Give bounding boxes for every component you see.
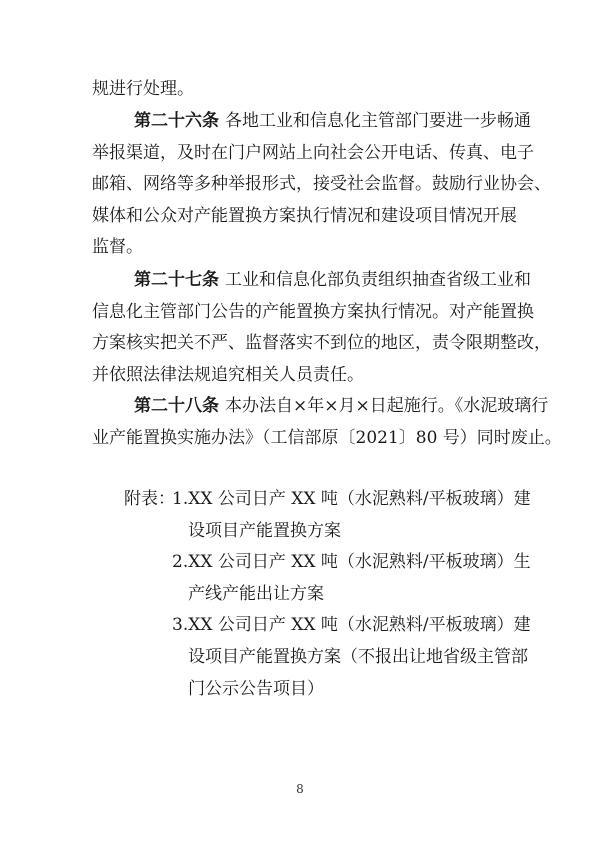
article-28-first-line: 第二十八条本办法自×年×月×日起施行。《水泥玻璃行 [134, 395, 508, 417]
appendix-item-3-line: 3.XX 公司日产 XX 吨（水泥熟料/平板玻璃）建 [172, 614, 508, 636]
document-page: 规进行处理。 第二十六条各地工业和信息化主管部门要进一步畅通 举报渠道，及时在门… [0, 0, 600, 848]
appendix-item-2-line: 2.XX 公司日产 XX 吨（水泥熟料/平板玻璃）生 [172, 551, 508, 573]
article-28-line: 业产能置换实施办法》（工信部原〔2021〕80 号）同时废止。 [92, 427, 508, 449]
article-27-line: 信息化主管部门公告的产能置换方案执行情况。对产能置换 [92, 301, 508, 323]
article-26-first-line: 第二十六条各地工业和信息化主管部门要进一步畅通 [134, 110, 508, 132]
page-number: 8 [0, 782, 600, 796]
appendix-item-1-line: 1.XX 公司日产 XX 吨（水泥熟料/平板玻璃）建 [172, 488, 508, 510]
article-27-label: 第二十七条 [134, 270, 219, 290]
article-26-line: 监督。 [92, 236, 508, 258]
article-27-line: 方案核实把关不严、监督落实不到位的地区，责令限期整改， [92, 332, 508, 354]
article-26-line: 邮箱、网络等多种举报形式，接受社会监督。鼓励行业协会、 [92, 173, 508, 195]
article-26-line: 举报渠道，及时在门户网站上向社会公开电话、传真、电子 [92, 142, 508, 164]
appendix-item-3-line: 设项目产能置换方案（不报出让地省级主管部 [188, 646, 508, 668]
article-28-text: 本办法自×年×月×日起施行。《水泥玻璃行 [225, 396, 548, 416]
article-26-line: 媒体和公众对产能置换方案执行情况和建设项目情况开展 [92, 205, 508, 227]
article-28-label: 第二十八条 [134, 396, 219, 416]
appendix-item-3-line: 门公示公告项目） [188, 678, 324, 700]
appendix-item-1-line: 设项目产能置换方案 [188, 520, 341, 542]
article-26-text: 各地工业和信息化主管部门要进一步畅通 [225, 111, 531, 131]
article-27-first-line: 第二十七条工业和信息化部负责组织抽查省级工业和 [134, 269, 508, 291]
continuation-text: 规进行处理。 [92, 78, 508, 100]
article-27-line: 并依照法律法规追究相关人员责任。 [92, 364, 508, 386]
appendix-label: 附表： [124, 488, 175, 510]
appendix-item-2-line: 产线产能出让方案 [188, 583, 324, 605]
article-26-label: 第二十六条 [134, 111, 219, 131]
article-27-text: 工业和信息化部负责组织抽查省级工业和 [225, 270, 531, 290]
